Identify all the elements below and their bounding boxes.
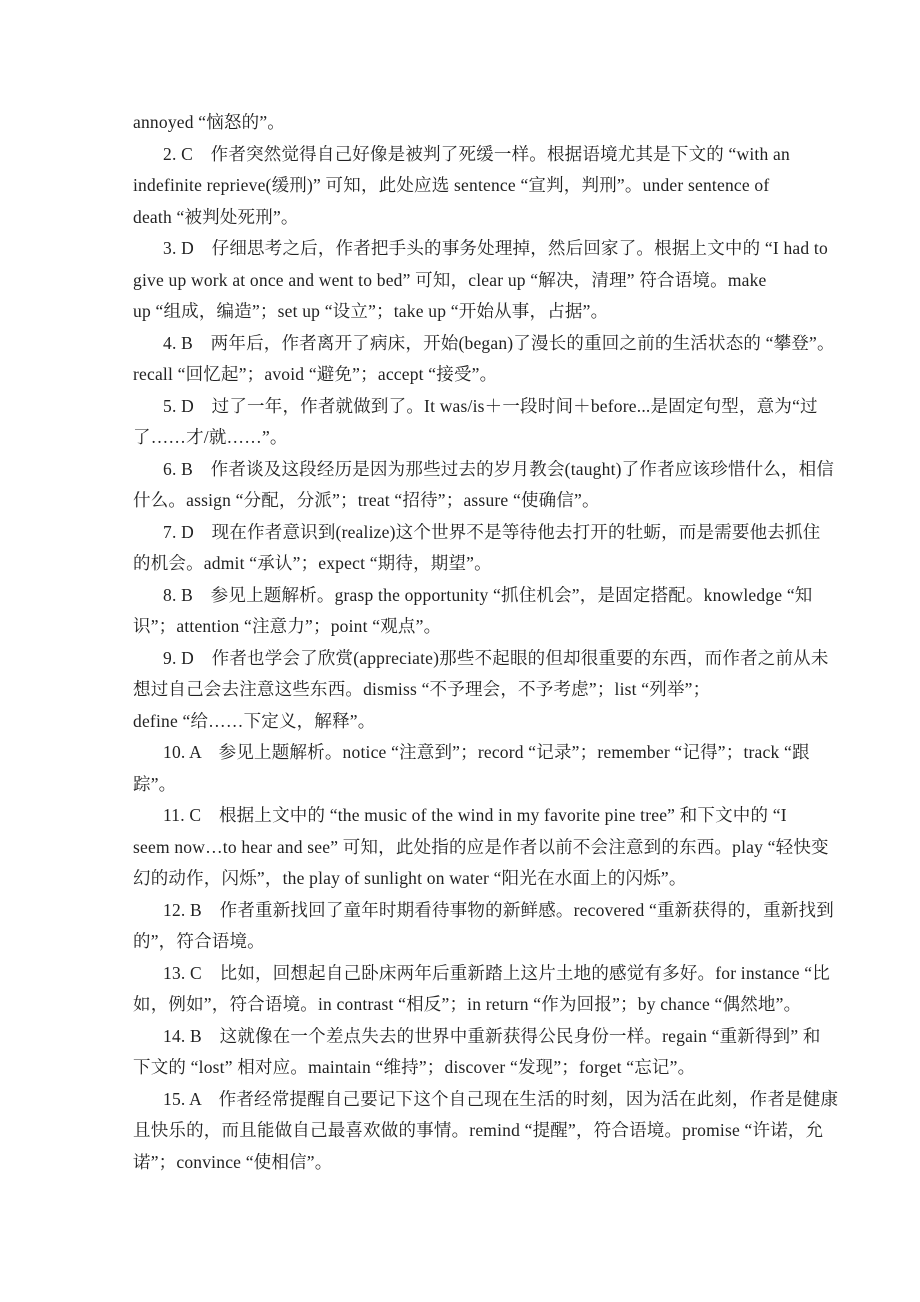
text-line: 13. C 比如，回想起自己卧床两年后重新踏上这片土地的感觉有多好。for in… [133,958,803,990]
text-line: 什么。assign “分配，分派”；treat “招待”；assure “使确信… [133,485,803,517]
text-line: 8. B 参见上题解析。grasp the opportunity “抓住机会”… [133,580,803,612]
text-line: 2. C 作者突然觉得自己好像是被判了死缓一样。根据语境尤其是下文的 “with… [133,139,803,171]
text-line: define “给……下定义，解释”。 [133,706,803,738]
text-line: 7. D 现在作者意识到(realize)这个世界不是等待他去打开的牡蛎，而是需… [133,517,803,549]
text-line: 下文的 “lost” 相对应。maintain “维持”；discover “发… [133,1052,803,1084]
document-text-block: annoyed “恼怒的”。2. C 作者突然觉得自己好像是被判了死缓一样。根据… [133,107,803,1178]
text-line: 的机会。admit “承认”；expect “期待，期望”。 [133,548,803,580]
text-line: seem now…to hear and see” 可知，此处指的应是作者以前不… [133,832,803,864]
text-line: 9. D 作者也学会了欣赏(appreciate)那些不起眼的但却很重要的东西，… [133,643,803,675]
text-line: 12. B 作者重新找回了童年时期看待事物的新鲜感。recovered “重新获… [133,895,803,927]
text-line: 6. B 作者谈及这段经历是因为那些过去的岁月教会(taught)了作者应该珍惜… [133,454,803,486]
text-line: annoyed “恼怒的”。 [133,107,803,139]
text-line: 识”；attention “注意力”；point “观点”。 [133,611,803,643]
text-line: indefinite reprieve(缓刑)” 可知，此处应选 sentenc… [133,170,803,202]
text-line: 15. A 作者经常提醒自己要记下这个自己现在生活的时刻，因为活在此刻，作者是健… [133,1084,803,1116]
text-line: 10. A 参见上题解析。notice “注意到”；record “记录”；re… [133,737,803,769]
text-line: 3. D 仔细思考之后，作者把手头的事务处理掉，然后回家了。根据上文中的 “I … [133,233,803,265]
text-line: 4. B 两年后，作者离开了病床，开始(began)了漫长的重回之前的生活状态的… [133,328,803,360]
text-line: 了……才/就……”。 [133,422,803,454]
text-line: death “被判处死刑”。 [133,202,803,234]
text-line: 14. B 这就像在一个差点失去的世界中重新获得公民身份一样。regain “重… [133,1021,803,1053]
text-line: 且快乐的，而且能做自己最喜欢做的事情。remind “提醒”，符合语境。prom… [133,1115,803,1147]
text-line: recall “回忆起”；avoid “避免”；accept “接受”。 [133,359,803,391]
text-line: 如，例如”，符合语境。in contrast “相反”；in return “作… [133,989,803,1021]
text-line: give up work at once and went to bed” 可知… [133,265,803,297]
text-line: 诺”；convince “使相信”。 [133,1147,803,1179]
text-line: up “组成，编造”；set up “设立”；take up “开始从事，占据”… [133,296,803,328]
text-line: 踪”。 [133,769,803,801]
text-line: 幻的动作，闪烁”，the play of sunlight on water “… [133,863,803,895]
text-line: 5. D 过了一年，作者就做到了。It was/is＋一段时间＋before..… [133,391,803,423]
text-line: 的”，符合语境。 [133,926,803,958]
text-line: 想过自己会去注意这些东西。dismiss “不予理会，不予考虑”；list “列… [133,674,803,706]
document-page: annoyed “恼怒的”。2. C 作者突然觉得自己好像是被判了死缓一样。根据… [0,0,920,1302]
text-line: 11. C 根据上文中的 “the music of the wind in m… [133,800,803,832]
